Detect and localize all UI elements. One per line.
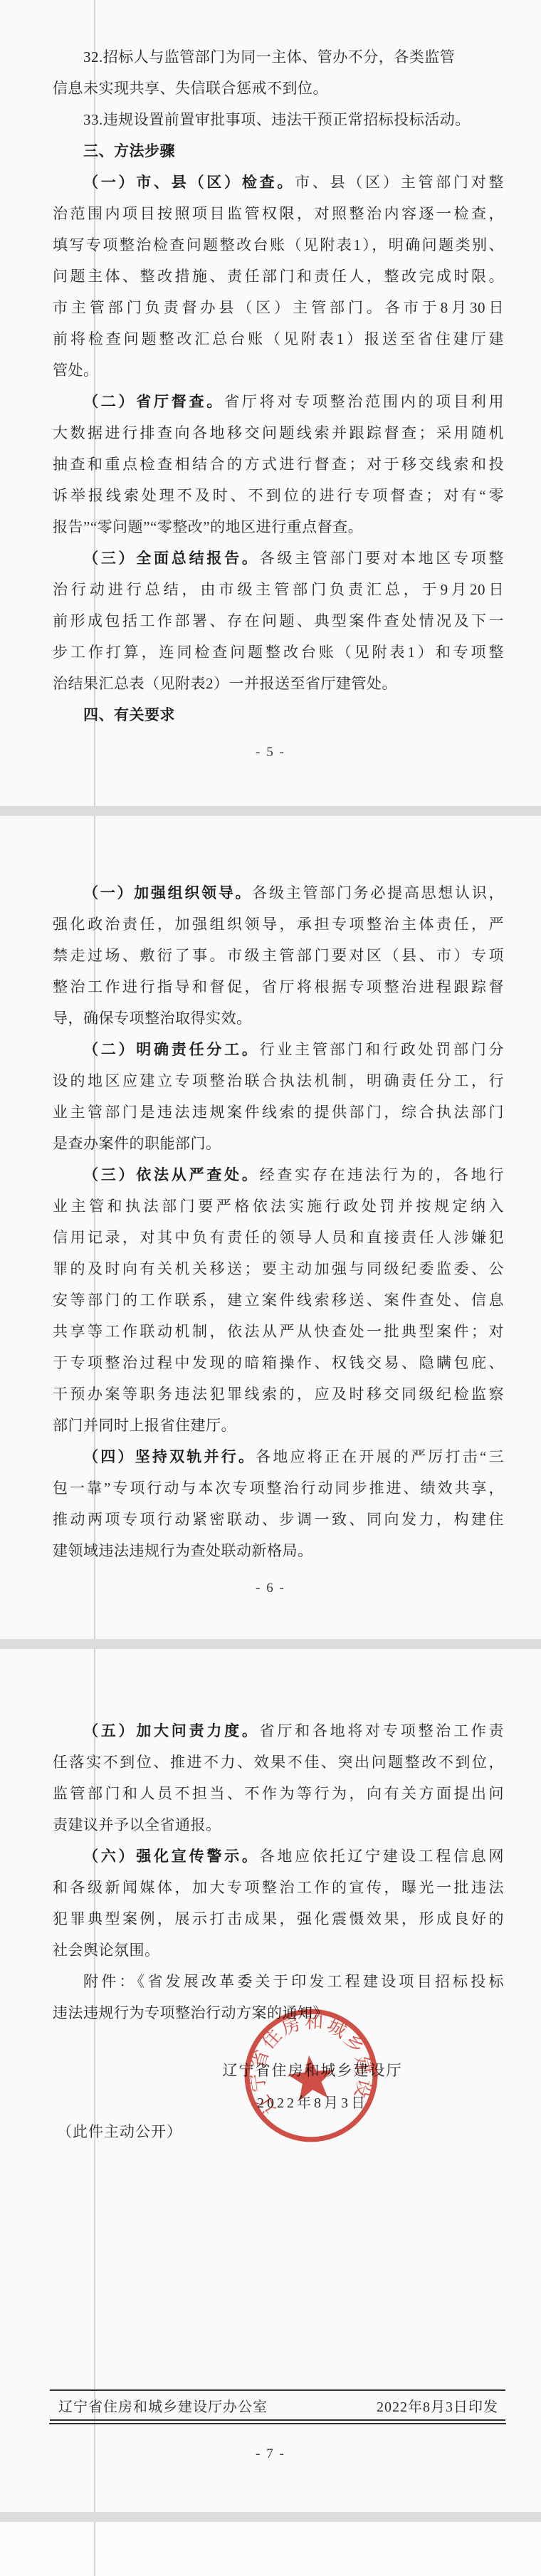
- line-text: 管处。: [53, 362, 99, 379]
- text-line: 大数据进行排查向各地移交问题线索并跟踪督查；采用随机: [53, 417, 504, 449]
- line-text: 设的地区应建立专项整治联合执法机制，明确责任分工，行: [53, 1072, 504, 1089]
- line-text: 前将检查问题整改汇总台账（见附表1）报送至省住建厅建: [53, 330, 504, 347]
- page-number: - 5 -: [0, 745, 541, 760]
- official-red-seal: 辽宁省住房和城乡建设厅: [232, 1996, 390, 2154]
- line-text: 整治工作进行指导和督促，省厅将根据专项整治进程跟踪督: [53, 978, 504, 995]
- line-text: 业主管部门是违法违规案件线索的提供部门，综合执法部门: [53, 1104, 504, 1121]
- text-line: 问题主体、整改措施、责任部门和责任人，整改完成时限。: [53, 261, 504, 292]
- text-line: 前形成包括工作部署、存在问题、典型案件查处情况及下一: [53, 605, 504, 637]
- line-text: 各地应依托辽宁建设工程信息网: [260, 1848, 504, 1865]
- bold-lead: （二）省厅督查。: [83, 393, 224, 410]
- line-text: 禁走过场、敷衍了事。市级主管部门要对区（县、市）专项: [53, 947, 504, 964]
- line-text: 前形成包括工作部署、存在问题、典型案件查处情况及下一: [53, 612, 504, 629]
- line-text: 33.违规设置前置审批事项、违法干预正常招标投标活动。: [83, 111, 471, 128]
- text-line: 信息未实现共享、失信联合惩戒不到位。: [53, 73, 504, 104]
- document-page-5: 32.招标人与监管部门为同一主体、管办不分，各类监管信息未实现共享、失信联合惩戒…: [0, 0, 541, 806]
- scan-fold-line: [94, 2522, 95, 2576]
- text-line: 业主管部门是违法违规案件线索的提供部门，综合执法部门: [53, 1096, 504, 1128]
- text-line: 诉举报线索处理不及时、不到位的进行专项督查；对有“零: [53, 480, 504, 511]
- line-text: 是查办案件的职能部门。: [53, 1135, 221, 1152]
- line-text: 责建议并予以全省通报。: [53, 1816, 221, 1833]
- page-number: - 6 -: [0, 1581, 541, 1596]
- line-text: 导，确保专项整治取得实效。: [53, 1010, 252, 1027]
- imprint-date: 2022年8月3日印发: [377, 2395, 498, 2416]
- text-line: 社会舆论氛围。: [53, 1934, 504, 1966]
- text-line: 安等部门的工作联系，建立案件线索移送、案件查处、信息: [53, 1284, 504, 1316]
- bold-lead: （一）加强组织领导。: [83, 884, 252, 901]
- seal-text: 辽宁省住房和城乡建设厅: [232, 1996, 379, 2121]
- line-text: 诉举报线索处理不及时、不到位的进行专项督查；对有“零: [53, 487, 504, 504]
- line-text: 附件：《省发展改革委关于印发工程建设项目招标投标: [83, 1973, 504, 1990]
- text-line: 犯罪典型案例，展示打击成果，强化震慑效果，形成良好的: [53, 1903, 504, 1934]
- line-text: 罪的及时向有关机关移送；要主动加强与同级纪委监委、公: [53, 1260, 504, 1277]
- line-text: 市主管部门负责督办县（区）主管部门。各市于8月30日: [53, 299, 504, 316]
- line-text: 安等部门的工作联系，建立案件线索移送、案件查处、信息: [53, 1292, 504, 1309]
- text-line: 治范围内项目按照项目监管权限，对照整治内容逐一检查，: [53, 198, 504, 229]
- text-line: 设的地区应建立专项整治联合执法机制，明确责任分工，行: [53, 1065, 504, 1096]
- page-separator: [0, 806, 541, 816]
- line-text: 填写专项整治检查问题整改台账（见附表1），明确问题类别、: [53, 236, 504, 253]
- text-line: 附件：《省发展改革委关于印发工程建设项目招标投标: [53, 1966, 504, 1997]
- bold-lead: （三）依法从严查处。: [83, 1166, 260, 1183]
- line-text: 各地应将正在开展的严厉打击“三: [256, 1448, 504, 1465]
- text-line: 导，确保专项整治取得实效。: [53, 1002, 504, 1034]
- text-line: 是查办案件的职能部门。: [53, 1128, 504, 1159]
- heading-line: 三、方法步骤: [53, 135, 504, 167]
- text-line: （一）加强组织领导。各级主管部门务必提高思想认识，: [53, 877, 504, 909]
- line-text: 治结果汇总表（见附表2）一并报送至省厅建管处。: [53, 675, 397, 692]
- next-page-sliver: [0, 2522, 541, 2576]
- svg-text:辽宁省住房和城乡建设厅: 辽宁省住房和城乡建设厅: [232, 1996, 379, 2121]
- text-line: 部门并同时上报省住建厅。: [53, 1410, 504, 1441]
- page-number: - 7 -: [0, 2446, 541, 2462]
- line-text: 共享等工作联动机制，依法从严从快查处一批典型案件；对: [53, 1323, 504, 1340]
- line-text: 治范围内项目按照项目监管权限，对照整治内容逐一检查，: [53, 205, 504, 222]
- line-text: 步工作打算，连同检查问题整改台账（见附表1）和专项整: [53, 644, 504, 661]
- bold-lead: 四、有关要求: [83, 706, 175, 723]
- line-text: 部门并同时上报省住建厅。: [53, 1417, 236, 1434]
- text-line: 干预办案等职务违法犯罪线索的，应及时移交同级纪检监察: [53, 1378, 504, 1410]
- text-line: 报告”“零问题”“零整改”的地区进行重点督查。: [53, 511, 504, 543]
- line-text: 各级主管部门务必提高思想认识，: [252, 884, 504, 901]
- bold-lead: （一）市、县（区）检查。: [83, 174, 295, 191]
- scanned-document-viewer: { "document": { "pages": [ { "page_numbe…: [0, 0, 541, 2576]
- text-line: （四）坚持双轨并行。各地应将正在开展的严厉打击“三: [53, 1441, 504, 1472]
- text-line: 罪的及时向有关机关移送；要主动加强与同级纪委监委、公: [53, 1253, 504, 1284]
- line-text: 报告”“零问题”“零整改”的地区进行重点督查。: [53, 518, 363, 535]
- line-text: 抽查和重点检查相结合的方式进行督查；对于移交线索和投: [53, 456, 504, 473]
- line-text: 社会舆论氛围。: [53, 1942, 160, 1959]
- text-line: 管处。: [53, 355, 504, 386]
- line-text: 32.招标人与监管部门为同一主体、管办不分，各类监管: [83, 48, 455, 66]
- text-line: （二）省厅督查。省厅将对专项整治范围内的项目利用: [53, 386, 504, 417]
- line-text: 大数据进行排查向各地移交问题线索并跟踪督查；采用随机: [53, 424, 504, 441]
- line-text: 包一靠”专项行动与本次专项整治行动同步推进、绩效共享，: [53, 1480, 504, 1497]
- bold-lead: （四）坚持双轨并行。: [83, 1448, 256, 1465]
- text-line: 抽查和重点检查相结合的方式进行督查；对于移交线索和投: [53, 449, 504, 480]
- bold-lead: （二）明确责任分工。: [83, 1041, 260, 1058]
- line-text: 行业主管部门和行政处罚部门分: [260, 1041, 504, 1058]
- bold-lead: （三）全面总结报告。: [83, 550, 260, 567]
- text-line: （六）强化宣传警示。各地应依托辽宁建设工程信息网: [53, 1841, 504, 1872]
- line-text: 干预办案等职务违法犯罪线索的，应及时移交同级纪检监察: [53, 1386, 504, 1403]
- text-line: 推动两项专项行动紧密联动、步调一致、同向发力，构建住: [53, 1504, 504, 1535]
- imprint-office: 辽宁省住房和城乡建设厅办公室: [58, 2395, 268, 2416]
- text-line: 责建议并予以全省通报。: [53, 1809, 504, 1841]
- page-6-body: （一）加强组织领导。各级主管部门务必提高思想认识，强化政治责任，加强组织领导，承…: [0, 816, 541, 1566]
- text-line: 强化政治责任，加强组织领导，承担专项整治主体责任，严: [53, 909, 504, 940]
- bold-lead: （五）加大问责力度。: [83, 1722, 260, 1739]
- line-text: 省厅和各地将对专项整治工作责: [260, 1722, 504, 1739]
- imprint-footer: 辽宁省住房和城乡建设厅办公室 2022年8月3日印发: [50, 2389, 505, 2421]
- page-7-body: （五）加大问责力度。省厅和各地将对专项整治工作责任落实不到位、推进不力、效果不佳…: [0, 1649, 541, 2028]
- text-line: 建领域违法违规行为查处联动新格局。: [53, 1535, 504, 1566]
- text-line: 于专项整治过程中发现的暗箱操作、权钱交易、隐瞒包庇、: [53, 1347, 504, 1378]
- text-line: 步工作打算，连同检查问题整改台账（见附表1）和专项整: [53, 637, 504, 668]
- text-line: 监管部门和人员不担当、不作为等行为，向有关方面提出问: [53, 1778, 504, 1809]
- line-text: 强化政治责任，加强组织领导，承担专项整治主体责任，严: [53, 916, 504, 933]
- text-line: 市主管部门负责督办县（区）主管部门。各市于8月30日: [53, 292, 504, 323]
- line-text: 和各级新闻媒体，加大专项整治工作的宣传，曝光一批违法: [53, 1879, 504, 1896]
- bold-lead: （六）强化宣传警示。: [83, 1848, 260, 1865]
- text-line: 治结果汇总表（见附表2）一并报送至省厅建管处。: [53, 668, 504, 699]
- text-line: 和各级新闻媒体，加大专项整治工作的宣传，曝光一批违法: [53, 1872, 504, 1903]
- line-text: 犯罪典型案例，展示打击成果，强化震慑效果，形成良好的: [53, 1910, 504, 1927]
- text-line: （二）明确责任分工。行业主管部门和行政处罚部门分: [53, 1034, 504, 1065]
- document-page-6: （一）加强组织领导。各级主管部门务必提高思想认识，强化政治责任，加强组织领导，承…: [0, 816, 541, 1639]
- line-text: 信用记录，对其中负有责任的领导人员和直接责任人涉嫌犯: [53, 1229, 504, 1246]
- page-separator: [0, 1639, 541, 1649]
- text-line: 包一靠”专项行动与本次专项整治行动同步推进、绩效共享，: [53, 1472, 504, 1504]
- line-text: 市、县（区）主管部门对整: [295, 174, 504, 191]
- text-line: 填写专项整治检查问题整改台账（见附表1），明确问题类别、: [53, 229, 504, 261]
- text-line: （三）依法从严查处。经查实存在违法行为的，各地行: [53, 1159, 504, 1190]
- line-text: 业主管和执法部门要严格依法实施行政处罚并按规定纳入: [53, 1198, 504, 1215]
- text-line: 业主管和执法部门要严格依法实施行政处罚并按规定纳入: [53, 1190, 504, 1222]
- disclosure-note: （此件主动公开）: [57, 2120, 182, 2142]
- page-5-body: 32.招标人与监管部门为同一主体、管办不分，各类监管信息未实现共享、失信联合惩戒…: [0, 0, 541, 731]
- text-line: 共享等工作联动机制，依法从严从快查处一批典型案件；对: [53, 1316, 504, 1347]
- page-separator: [0, 2512, 541, 2522]
- line-text: 监管部门和人员不担当、不作为等行为，向有关方面提出问: [53, 1785, 504, 1802]
- text-line: 32.招标人与监管部门为同一主体、管办不分，各类监管: [53, 41, 504, 73]
- line-text: 建领域违法违规行为查处联动新格局。: [53, 1542, 313, 1559]
- text-line: 33.违规设置前置审批事项、违法干预正常招标投标活动。: [53, 104, 504, 135]
- line-text: 各级主管部门要对本地区专项整: [260, 550, 504, 567]
- document-page-7: （五）加大问责力度。省厅和各地将对专项整治工作责任落实不到位、推进不力、效果不佳…: [0, 1649, 541, 2512]
- text-line: 整治工作进行指导和督促，省厅将根据专项整治进程跟踪督: [53, 971, 504, 1002]
- text-line: 禁走过场、敷衍了事。市级主管部门要对区（县、市）专项: [53, 940, 504, 971]
- line-text: 于专项整治过程中发现的暗箱操作、权钱交易、隐瞒包庇、: [53, 1354, 504, 1371]
- heading-line: 四、有关要求: [53, 699, 504, 731]
- line-text: 问题主体、整改措施、责任部门和责任人，整改完成时限。: [53, 268, 504, 285]
- bold-lead: 三、方法步骤: [83, 142, 175, 159]
- text-line: 信用记录，对其中负有责任的领导人员和直接责任人涉嫌犯: [53, 1222, 504, 1253]
- text-line: （三）全面总结报告。各级主管部门要对本地区专项整: [53, 543, 504, 574]
- line-text: 推动两项专项行动紧密联动、步调一致、同向发力，构建住: [53, 1511, 504, 1528]
- line-text: 省厅将对专项整治范围内的项目利用: [224, 393, 504, 410]
- text-line: （一）市、县（区）检查。市、县（区）主管部门对整: [53, 167, 504, 198]
- line-text: 信息未实现共享、失信联合惩戒不到位。: [53, 80, 328, 97]
- seal-star: [286, 2053, 337, 2102]
- text-line: 治行动进行总结，由市级主管部门负责汇总，于9月20日: [53, 574, 504, 605]
- text-line: （五）加大问责力度。省厅和各地将对专项整治工作责: [53, 1715, 504, 1747]
- line-text: 经查实存在违法行为的，各地行: [260, 1166, 504, 1183]
- text-line: 前将检查问题整改汇总台账（见附表1）报送至省住建厅建: [53, 323, 504, 355]
- line-text: 治行动进行总结，由市级主管部门负责汇总，于9月20日: [53, 581, 504, 598]
- line-text: 任落实不到位、推进不力、效果不佳、突出问题整改不到位，: [53, 1754, 504, 1771]
- text-line: 任落实不到位、推进不力、效果不佳、突出问题整改不到位，: [53, 1747, 504, 1778]
